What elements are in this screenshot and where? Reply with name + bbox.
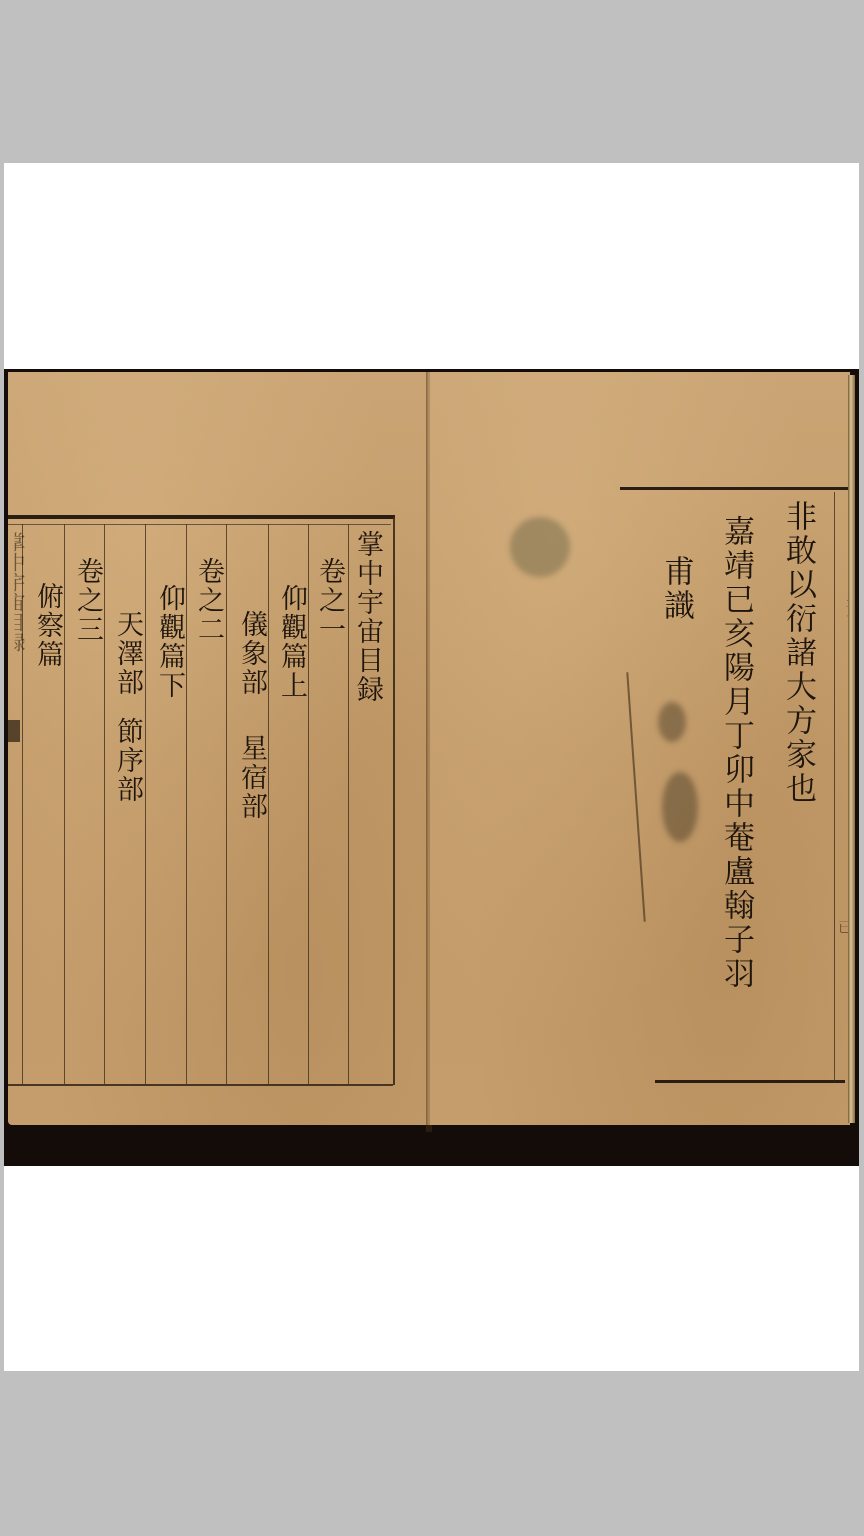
book-scan-image[interactable]: 掌中宇宙目録 卷之一 仰觀篇上 儀象部 星宿部 卷之二 仰觀篇下 天澤部 節序部… <box>4 369 859 1166</box>
ink-smudge <box>658 702 686 742</box>
column-rule <box>268 524 269 1084</box>
column-rule <box>186 524 187 1084</box>
column-rule <box>104 524 105 1084</box>
part-1a-label: 儀象部 <box>238 610 265 697</box>
part-1b-label: 星宿部 <box>238 734 265 821</box>
table-top-border <box>8 515 395 519</box>
volume-3-label: 卷之三 <box>74 557 101 644</box>
section-2-label: 仰觀篇下 <box>156 584 183 700</box>
table-right-border <box>393 517 395 1085</box>
right-column-rule <box>834 492 835 1082</box>
table-top-inner <box>8 524 391 525</box>
preface-line-3: 甫識 <box>660 555 691 623</box>
spine-fragment: 掌中宇宙目録 <box>4 532 29 652</box>
ink-smudge <box>662 772 698 842</box>
preface-line-1: 非敢以衍諸大方家也 <box>782 500 813 806</box>
paper-crease <box>626 672 645 922</box>
section-3-label: 俯察篇 <box>34 582 61 669</box>
column-rule <box>64 524 65 1084</box>
volume-2-label: 卷之二 <box>195 557 222 644</box>
page-edge <box>848 375 855 1123</box>
bottom-rule <box>655 1080 845 1083</box>
fish-tail-mark <box>8 720 20 742</box>
preface-line-2: 嘉靖已亥陽月丁卯中菴盧翰子羽 <box>720 515 751 991</box>
left-page: 掌中宇宙目録 卷之一 仰觀篇上 儀象部 星宿部 卷之二 仰觀篇下 天澤部 節序部… <box>8 372 430 1125</box>
ink-smudge <box>510 517 570 577</box>
right-page: 非敢以衍諸大方家也 嘉靖已亥陽月丁卯中菴盧翰子羽 甫識 已 斎 <box>430 372 850 1125</box>
column-rule <box>226 524 227 1084</box>
part-2a-label: 天澤部 <box>114 610 141 697</box>
table-bottom-border <box>8 1084 393 1086</box>
part-2b-label: 節序部 <box>114 717 141 804</box>
column-rule <box>308 524 309 1084</box>
volume-1-label: 卷之一 <box>316 557 343 644</box>
section-1-label: 仰觀篇上 <box>278 584 305 700</box>
toc-title: 掌中宇宙目録 <box>354 530 381 704</box>
top-rule <box>620 487 850 490</box>
column-rule <box>145 524 146 1084</box>
column-rule <box>348 524 349 1084</box>
